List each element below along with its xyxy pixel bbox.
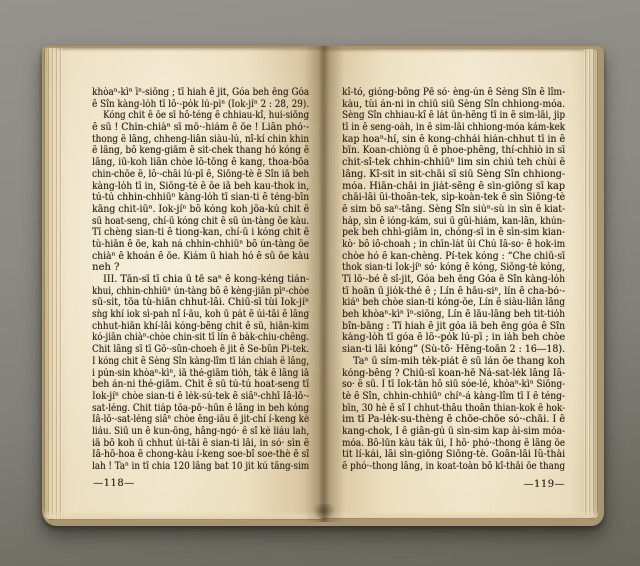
text-line: sat-léng. Chit tia̍p tōa-pō·-hūn ê lâng …: [92, 403, 309, 415]
text-line: lah ! Taⁿ in tī chia 120 lâng bat 10 jit…: [92, 461, 309, 473]
text-line: tit lí-kái, lâi sìn-giōng Siōng-tè. Goân…: [342, 449, 565, 461]
text-line-content: kap hoaⁿ-hí, sin ê kong-chhái hián-chhut…: [342, 134, 565, 146]
text-line-content: Tī lō·-bé ê sî-jit, Góa beh ēng Góa ê Sî…: [342, 274, 565, 286]
text-line-content: ê lâng, bô keng-giām ê sit-chek thang hó…: [92, 145, 309, 157]
text-line: sū-sit, tōa tù-hiān chhut-lâi. Chiū-sī t…: [92, 297, 309, 309]
text-line: chiàⁿ ê khoán ê ōe. Kiám ū hiah hó ê sū …: [92, 251, 309, 263]
text-line-content: tù-hiān ê ōe, kah ná chhin-chhiūⁿ bô ún-…: [92, 239, 309, 251]
text-line: kóng-bêng ? Chiū-sī koan-hē Ná-sat-le̍k …: [342, 368, 565, 380]
text-line-content: lâng. Kî-sit in sit-chāi sī siū Sèng Sîn…: [342, 169, 565, 181]
text-line: kàu, tùi án-ni in chiū siū Sèng Sîn chhi…: [342, 99, 565, 111]
text-line: thok sian-ti Iok-jíⁿ só· kóng ê kóng, Si…: [342, 262, 565, 274]
text-line: i pún-sin khòaⁿ-kìⁿ, iā thé-giām tio̍h, …: [92, 368, 309, 380]
text-line-content: kàng-lo̍h tī in, Siōng-tè ê ōe iā beh ka…: [92, 181, 309, 193]
text-line: so· ê sū. I tī Iok-tàn hô siū sóe-lé, kh…: [342, 379, 565, 391]
text-line-content: Iâ-hô-hoa ê chong-kàu í-keng soe-bî soe-…: [92, 449, 309, 461]
left-page: khòaⁿ-kìⁿ īⁿ-siōng ; tī hiah ê jit, Góa …: [44, 48, 322, 520]
text-line-content: i pún-sin khòaⁿ-kìⁿ, iā thé-giām tio̍h, …: [92, 368, 309, 380]
right-page: kî-tó, gióng-bōng Pē só· èng-ún ê Sèng S…: [322, 49, 598, 519]
text-line-content: kóng-bêng ? Chiū-sī koan-hē Ná-sat-le̍k …: [342, 368, 565, 380]
text-line-content: kàu, tùi án-ni in chiū siū Sèng Sîn chhi…: [342, 99, 565, 111]
text-line: sū hoat-seng, chí-ū kóng chit ê sū ún-tà…: [92, 216, 309, 228]
text-line: Sèng Sîn chhiau-kî ê la̍t ūn-hêng tī in …: [342, 110, 565, 122]
text-line: tú-tú chhin-chhiūⁿ kàng-lo̍h tī sian-ti …: [92, 192, 309, 204]
text-line-content: neh ?: [92, 262, 119, 274]
text-line: lâng, iū-koh liân chòe lô-tōng ê kang, t…: [92, 157, 309, 169]
text-line: kiáⁿ beh chòe sian-ti kóng-ōe, Lín ê sià…: [342, 297, 565, 309]
text-line: pek beh chhì-giām in, chóng-sī in ê sìn-…: [342, 227, 565, 239]
text-line: Tī chèng sian-ti ê tiong-kan, chí-ū i kó…: [92, 227, 309, 239]
text-line-content: chhut-hiān khí-lâi kóng-bêng chit ê sū, …: [92, 321, 309, 333]
text-line: beh án-ni thé-giām. Chit ê sū tú-tú hoat…: [92, 379, 309, 391]
text-line: lâng. Kî-sit in sit-chāi sī siū Sèng Sîn…: [342, 169, 565, 181]
text-line-content: bīn, 30 hè ê sî I chhut-thâu thoân thian…: [342, 403, 565, 415]
right-page-text: kî-tó, gióng-bōng Pē só· èng-ún ê Sèng S…: [342, 87, 565, 473]
text-line-content: móa. Hiān-chāi in jia̍t-sêng ê sìn-giōng…: [342, 181, 565, 193]
text-line: chòe hó ê kan-chèng. Pí-tek kóng : “Che …: [342, 251, 565, 263]
text-line-content: kang-chok, I ê giân-gú ū sìn-sim kap ài-…: [342, 426, 565, 438]
text-line: kāng chit-iūⁿ. Iok-jíⁿ bô kóng koh jōa-k…: [92, 204, 309, 216]
text-line: tè ê Sîn, chhin-chhiūⁿ chíⁿ-á kàng-lîm t…: [342, 391, 565, 403]
text-line-content: Taⁿ ū sím-mih te̍k-pia̍t ê sū lán ōe tha…: [353, 356, 565, 368]
text-line-content: chāi-lâi ûi-thoân-tek, si̍p-koàn-tek ê s…: [342, 192, 565, 204]
text-line-content: tī hoān ū jio̍k-thé ê ; Lín ê hāu-siⁿ, l…: [342, 286, 565, 298]
text-line-content: kó-jiān chiàⁿ-chòe chin-sit tī lín ê ba̍…: [92, 332, 309, 344]
photo-background: khòaⁿ-kìⁿ īⁿ-siōng ; tī hiah ê jit, Góa …: [0, 0, 640, 566]
text-line-content: kàng-lo̍h tī góa ê lô·-po̍k lú-pī ; in i…: [342, 332, 565, 344]
text-line-content: tī in ê seng-oa̍h, in ê sim-lāi chhiong-…: [342, 122, 565, 134]
text-line-content: kò· bô iô-choah ; in chīn-la̍t ûi Chú Iâ…: [342, 239, 565, 251]
text-line: beh khòaⁿ-kìⁿ īⁿ-siōng, Lín ê lāu-lâng b…: [342, 309, 565, 321]
text-line: neh ?: [92, 262, 309, 274]
left-page-number: —118—: [93, 478, 135, 489]
text-line: chit-sî-tek chhin-chhiūⁿ lim sin chiú te…: [342, 157, 565, 169]
text-line-content: tit lí-kái, lâi sìn-giōng Siōng-tè. Goân…: [342, 449, 565, 461]
text-line-content: Sèng Sîn chhiau-kî ê la̍t ūn-hêng tī in …: [342, 110, 565, 122]
text-line: ha̍p, sìn ê ióng-kám, sui ū gûi-hiám, ka…: [342, 216, 565, 228]
text-line-content: chòe hó ê kan-chèng. Pí-tek kóng : “Che …: [342, 251, 565, 263]
text-line-content: lah ! Taⁿ in tī chia 120 lâng bat 10 jit…: [92, 461, 309, 473]
text-line-content: chit-sî-tek chhin-chhiūⁿ lim sin chiú te…: [342, 157, 565, 169]
text-line: móa. Hiān-chāi in jia̍t-sêng ê sìn-giōng…: [342, 181, 565, 193]
text-line-content: beh án-ni thé-giām. Chit ê sū tú-tú hoat…: [92, 379, 309, 391]
text-line-content: ê sim bô saⁿ-tâng. Sèng Sîn siúⁿ-sù in s…: [342, 204, 565, 216]
text-line-content: sǹg khí iok sì-pah nî í-āu, koh ū pa̍t ê…: [92, 309, 309, 321]
text-line: ê lâng, bô keng-giām ê sit-chek thang hó…: [92, 145, 309, 157]
text-line-content: Iâ-lō·-sat-léng siâⁿ chòe êng-iāu ê jit-…: [92, 414, 309, 426]
text-line: tù-hiān ê ōe, kah ná chhin-chhiūⁿ bô ún-…: [92, 239, 309, 251]
text-line: chin-chōe ê, lô·-châi lú-pī ê, Siōng-tè …: [92, 169, 309, 181]
text-line: Chit lâng sī tī Gō·-sûn-choeh ê jit ê Se…: [92, 344, 309, 356]
left-page-text: khòaⁿ-kìⁿ īⁿ-siōng ; tī hiah ê jit, Góa …: [92, 87, 309, 473]
text-line: im tī Pa-le̍k-su-thèng ê chōe-chōe só·-c…: [342, 414, 565, 426]
text-line: ê phó·-thong lâng, in koat-toàn bô kî-th…: [342, 461, 565, 473]
text-line: kó-jiān chiàⁿ-chòe chin-sit tī lín ê ba̍…: [92, 332, 309, 344]
text-line-content: lâng, iū-koh liân chòe lô-tōng ê kang, t…: [92, 157, 309, 169]
text-line: Taⁿ ū sím-mih te̍k-pia̍t ê sū lán ōe tha…: [342, 356, 565, 368]
text-line: bîn-bāng : Tī hiah ê jit góa iā beh ēng …: [342, 321, 565, 333]
text-line-content: ê sū ! Chin-chiàⁿ sī mō·-hiám ê ōe ! Liâ…: [92, 122, 309, 134]
text-line: kàng-lo̍h tī in, Siōng-tè ê ōe iā beh ka…: [92, 181, 309, 193]
text-line-content: iā bô koh ū chhut úi-tāi ê sian-ti lâi, …: [92, 438, 309, 450]
text-line-content: sū hoat-seng, chí-ū kóng chit ê sū ún-tà…: [92, 216, 309, 228]
text-line: kap hoaⁿ-hí, sin ê kong-chhái hián-chhut…: [342, 134, 565, 146]
text-line-content: sū-sit, tōa tù-hiān chhut-lâi. Chiū-sī t…: [92, 297, 309, 309]
text-line-content: Chit lâng sī tī Gō·-sûn-choeh ê jit ê Se…: [92, 344, 309, 356]
text-line-content: kāng chit-iūⁿ. Iok-jíⁿ bô kóng koh jōa-k…: [92, 204, 309, 216]
text-line-content: ê phó·-thong lâng, in koat-toàn bô kî-th…: [342, 461, 565, 473]
text-line: sian-ti lâi kóng” (Sù-tô· Hēng-toān 2 : …: [342, 344, 565, 356]
open-book: khòaⁿ-kìⁿ īⁿ-siōng ; tī hiah ê jit, Góa …: [42, 46, 604, 526]
text-line: kàng-lo̍h tī góa ê lô·-po̍k lú-pī ; in i…: [342, 332, 565, 344]
text-line: ê sū ! Chin-chiàⁿ sī mō·-hiám ê ōe ! Liâ…: [92, 122, 309, 134]
text-line: kò· bô iô-choah ; in chīn-la̍t ûi Chú Iâ…: [342, 239, 565, 251]
text-line: I kóng chit ê Sèng Sîn kàng-lîm tī lán c…: [92, 356, 309, 368]
text-line: chāi-lâi ûi-thoân-tek, si̍p-koàn-tek ê s…: [342, 192, 565, 204]
right-page-number: —119—: [342, 479, 565, 490]
text-line-content: khui, chhin-chhiūⁿ ún-tàng bô ê kèng-jiā…: [92, 286, 309, 298]
text-line-content: Iok-jíⁿ chòe sian-ti ê le̍k-sú-tek ê siâ…: [92, 391, 309, 403]
text-line: kang-chok, I ê giân-gú ū sìn-sim kap ài-…: [342, 426, 565, 438]
text-line-content: I kóng chit ê Sèng Sîn kàng-lîm tī lán c…: [92, 356, 309, 368]
text-line: khui, chhin-chhiūⁿ ún-tàng bô ê kèng-jiā…: [92, 286, 309, 298]
text-line-content: chiàⁿ ê khoán ê ōe. Kiám ū hiah hó ê sū …: [92, 251, 309, 263]
text-line-content: thong ê lâng, chheng-liân siàu-lú, nî-kí…: [92, 134, 309, 146]
text-line-content: ê Sîn kàng-lo̍h tī lô·-po̍k lú-piⁿ (Iok-…: [92, 99, 309, 111]
text-line-content: Tī chèng sian-ti ê tiong-kan, chí-ū i kó…: [92, 227, 309, 239]
text-line-content: III. Tān-sī tī chia ū tē saⁿ ê kong-kéng…: [103, 274, 309, 286]
text-line-content: bîn-bāng : Tī hiah ê jit góa iā beh ēng …: [342, 321, 565, 333]
text-line: III. Tān-sī tī chia ū tē saⁿ ê kong-kéng…: [92, 274, 309, 286]
text-line-content: Kóng chit ê ōe sī hô-téng ê chhiau-kî, h…: [103, 110, 309, 122]
text-line: tī in ê seng-oa̍h, in ê sim-lāi chhiong-…: [342, 122, 565, 134]
text-line: Kóng chit ê ōe sī hô-téng ê chhiau-kî, h…: [92, 110, 309, 122]
text-line: tī hoān ū jio̍k-thé ê ; Lín ê hāu-siⁿ, l…: [342, 286, 565, 298]
text-line-content: sat-léng. Chit tia̍p tōa-pō·-hūn ê lâng …: [92, 403, 309, 415]
text-line: Tī lō·-bé ê sî-jit, Góa beh ēng Góa ê Sî…: [342, 274, 565, 286]
text-line-content: pek beh chhì-giām in, chóng-sī in ê sìn-…: [342, 227, 565, 239]
text-line-content: im tī Pa-le̍k-su-thèng ê chōe-chōe só·-c…: [342, 414, 565, 426]
text-line-content: bīn. Koan-chiòng ū ê phoe-phêng, thí-chh…: [342, 145, 565, 157]
text-line: bīn, 30 hè ê sî I chhut-thâu thoân thian…: [342, 403, 565, 415]
text-line: thong ê lâng, chheng-liân siàu-lú, nî-kí…: [92, 134, 309, 146]
text-line: Iâ-hô-hoa ê chong-kàu í-keng soe-bî soe-…: [92, 449, 309, 461]
text-line-content: ha̍p, sìn ê ióng-kám, sui ū gûi-hiám, ka…: [342, 216, 565, 228]
text-line-content: tè ê Sîn, chhin-chhiūⁿ chíⁿ-á kàng-lîm t…: [342, 391, 565, 403]
text-line-content: khòaⁿ-kìⁿ īⁿ-siōng ; tī hiah ê jit, Góa …: [92, 87, 309, 99]
text-line-content: tú-tú chhin-chhiūⁿ kàng-lo̍h tī sian-ti …: [92, 192, 309, 204]
text-line: ê sim bô saⁿ-tâng. Sèng Sîn siúⁿ-sù in s…: [342, 204, 565, 216]
text-line-content: so· ê sū. I tī Iok-tàn hô siū sóe-lé, kh…: [342, 379, 565, 391]
text-line: ê Sîn kàng-lo̍h tī lô·-po̍k lú-piⁿ (Iok-…: [92, 99, 309, 111]
text-line-content: beh khòaⁿ-kìⁿ īⁿ-siōng, Lín ê lāu-lâng b…: [342, 309, 565, 321]
text-line-content: sian-ti lâi kóng” (Sù-tô· Hēng-toān 2 : …: [342, 344, 565, 356]
text-line-content: thok sian-ti Iok-jíⁿ só· kóng ê kóng, Si…: [342, 262, 565, 274]
text-line: móa. Bô-lūn kàu ta̍k ūi, I hō· phó·-thon…: [342, 438, 565, 450]
text-line: bīn. Koan-chiòng ū ê phoe-phêng, thí-chh…: [342, 145, 565, 157]
text-line: liáu. Siū un ê kun-ông, hâng-ngó· ê sî k…: [92, 426, 309, 438]
text-line: Iok-jíⁿ chòe sian-ti ê le̍k-sú-tek ê siâ…: [92, 391, 309, 403]
text-line: sǹg khí iok sì-pah nî í-āu, koh ū pa̍t ê…: [92, 309, 309, 321]
text-line: Iâ-lō·-sat-léng siâⁿ chòe êng-iāu ê jit-…: [92, 414, 309, 426]
text-line-content: kiáⁿ beh chòe sian-ti kóng-ōe, Lín ê sià…: [342, 297, 565, 309]
text-line: kî-tó, gióng-bōng Pē só· èng-ún ê Sèng S…: [342, 87, 565, 99]
text-line-content: chin-chōe ê, lô·-châi lú-pī ê, Siōng-tè …: [92, 169, 309, 181]
text-line: khòaⁿ-kìⁿ īⁿ-siōng ; tī hiah ê jit, Góa …: [92, 87, 309, 99]
text-line-content: liáu. Siū un ê kun-ông, hâng-ngó· ê sî k…: [92, 426, 309, 438]
text-line-content: kî-tó, gióng-bōng Pē só· èng-ún ê Sèng S…: [342, 87, 565, 99]
text-line: chhut-hiān khí-lâi kóng-bêng chit ê sū, …: [92, 321, 309, 333]
text-line: iā bô koh ū chhut úi-tāi ê sian-ti lâi, …: [92, 438, 309, 450]
text-line-content: móa. Bô-lūn kàu ta̍k ūi, I hō· phó·-thon…: [342, 438, 565, 450]
